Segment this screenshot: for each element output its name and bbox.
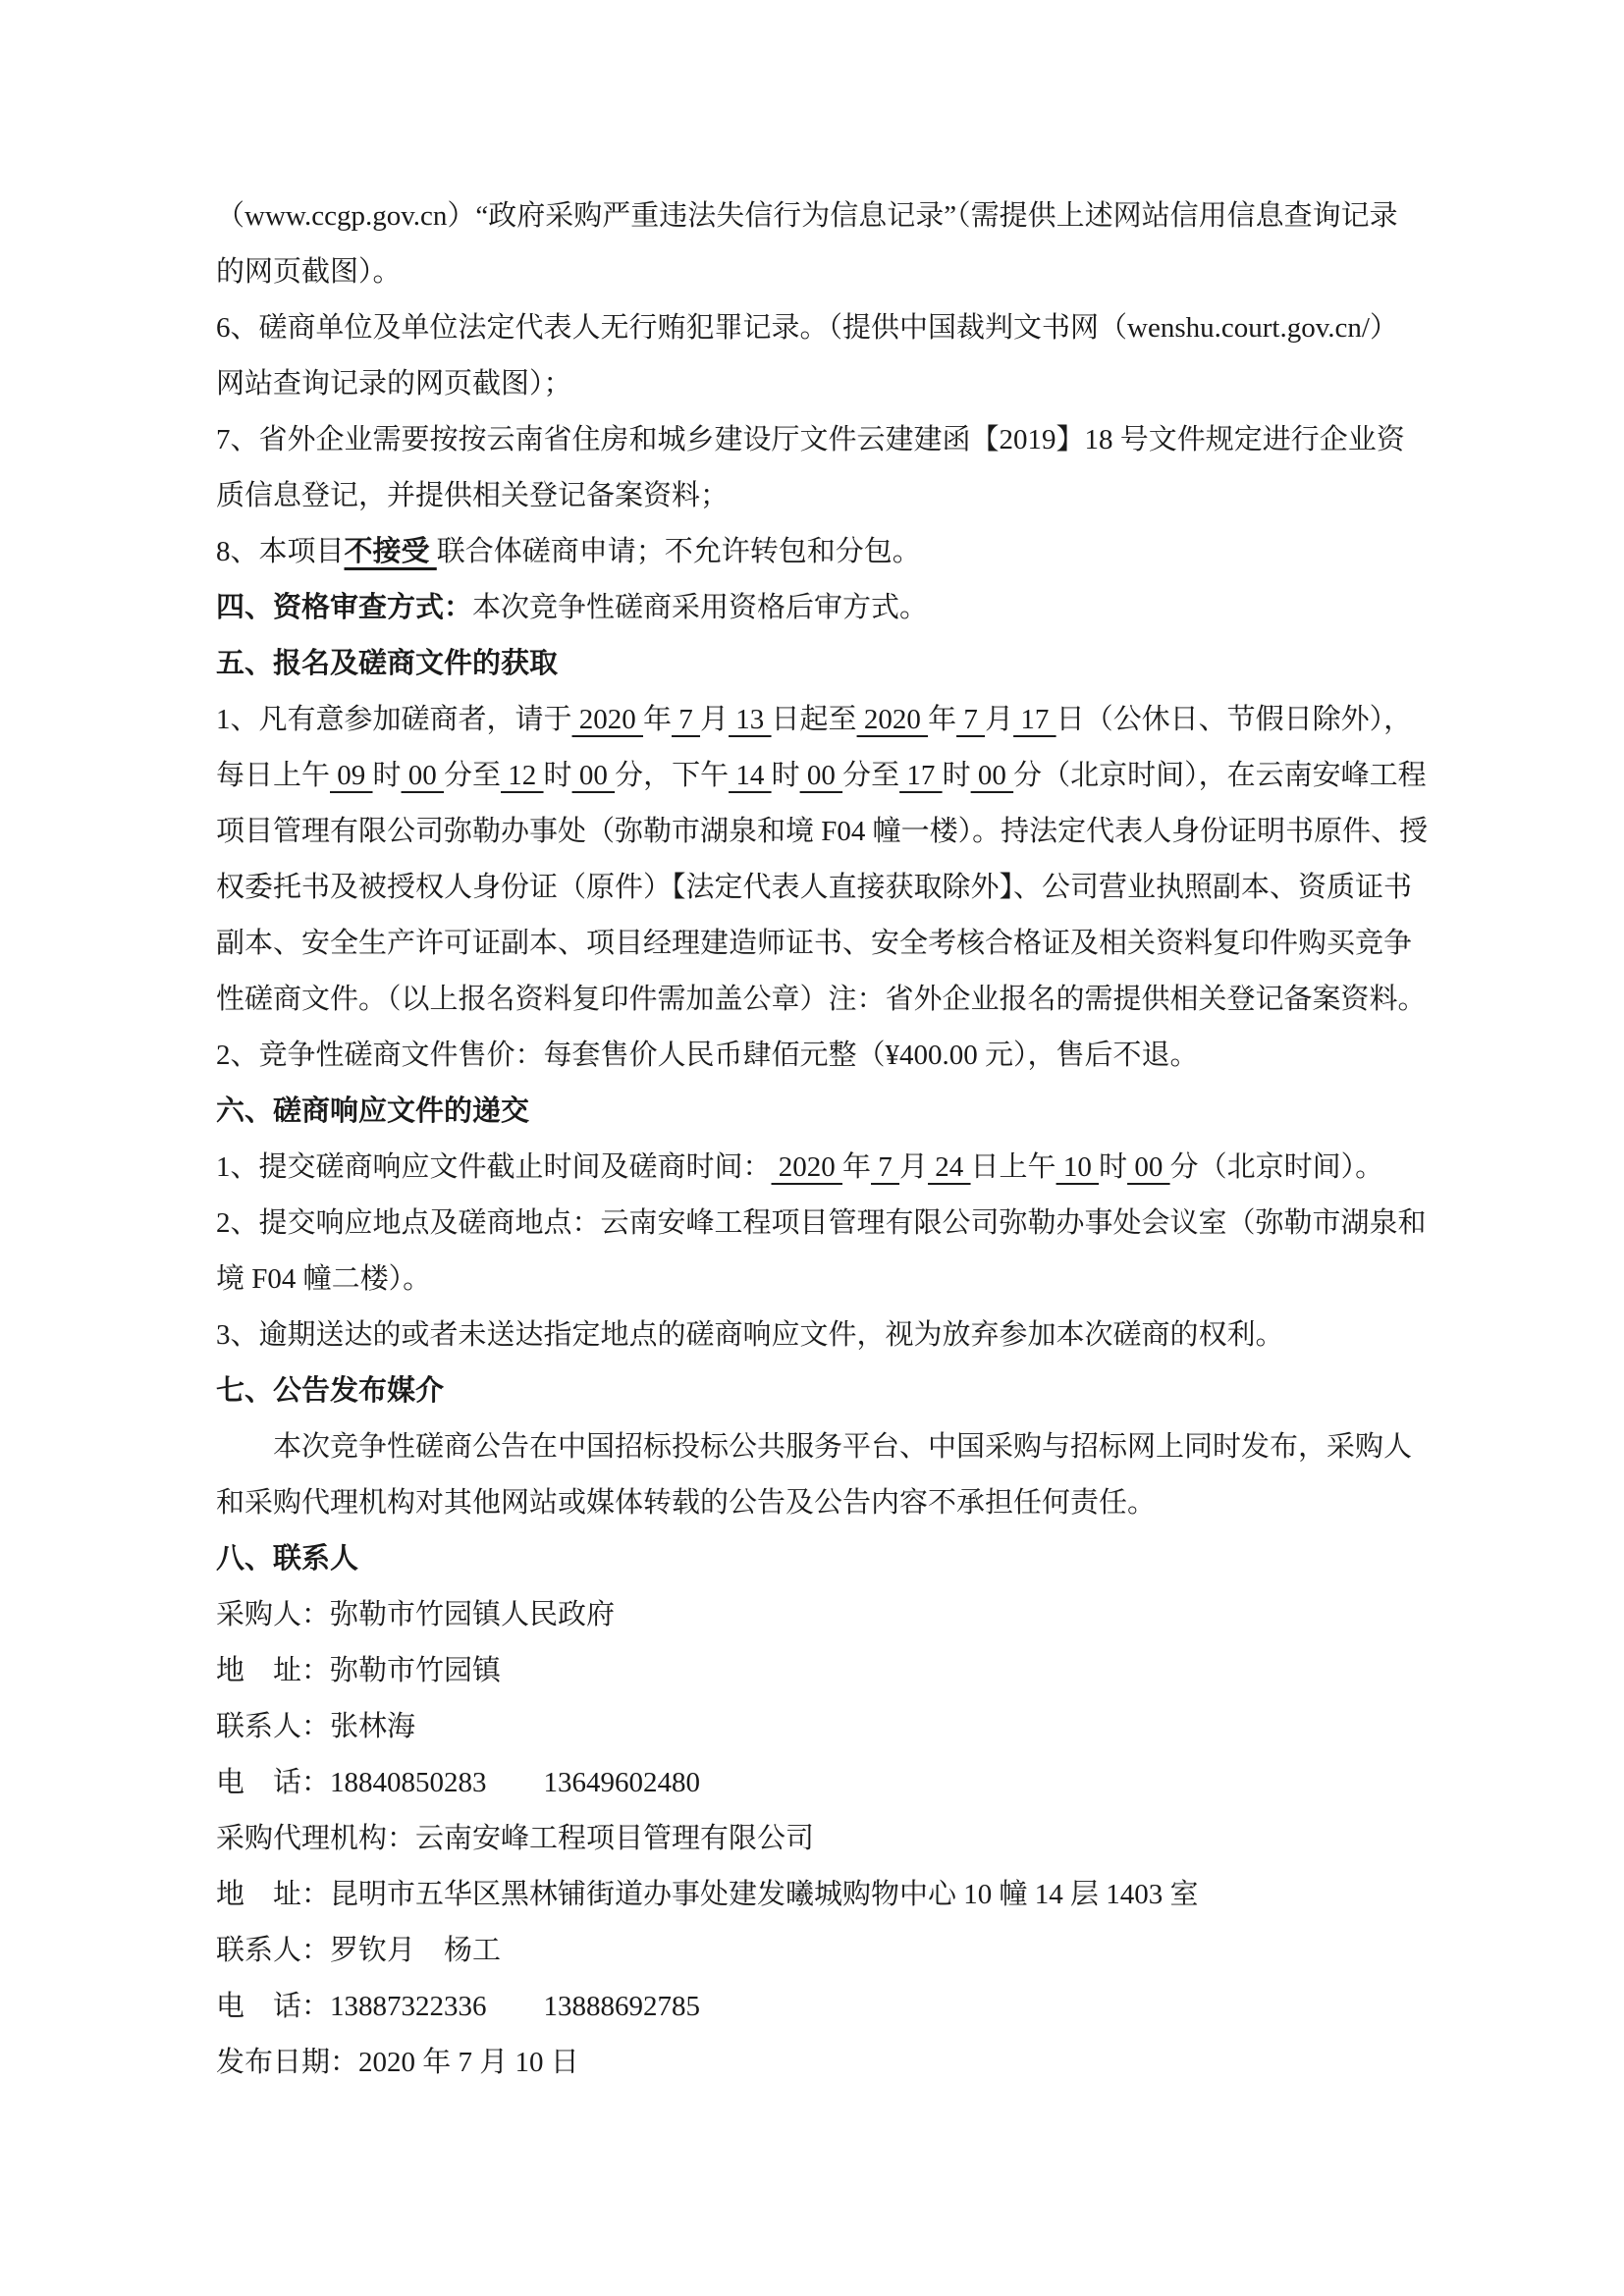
blank-pm-hour-start: 14 bbox=[729, 760, 772, 791]
text-run: 2、提交响应地点及磋商地点：云南安峰工程项目管理有限公司弥勒办事处会议室（弥勒市… bbox=[216, 1207, 1427, 1239]
text-run: 网站查询记录的网页截图）； bbox=[216, 368, 572, 400]
text-run: 和采购代理机构对其他网站或媒体转载的公告及公告内容不承担任何责任。 bbox=[216, 1487, 1156, 1519]
text-run: 1、提交磋商响应文件截止时间及磋商时间： bbox=[216, 1151, 772, 1183]
section-5-item-1-line-5: 副本、安全生产许可证副本、项目经理建造师证书、安全考核合格证及相关资料复印件购买… bbox=[216, 916, 1492, 972]
text-run: 性磋商文件。（以上报名资料复印件需加盖公章）注：省外企业报名的需提供相关登记备案… bbox=[216, 984, 1427, 1015]
document-body: （www.ccgp.gov.cn）“政府采购严重违法失信行为信息记录”（需提供上… bbox=[216, 188, 1492, 2091]
publish-date: 发布日期：2020 年 7 月 10 日 bbox=[216, 2035, 1492, 2091]
document-page: （www.ccgp.gov.cn）“政府采购严重违法失信行为信息记录”（需提供上… bbox=[0, 0, 1624, 2296]
text-run: 日起至 bbox=[772, 704, 857, 735]
blank-month-start: 7 bbox=[672, 704, 700, 735]
text-run: 联系人：张林海 bbox=[216, 1711, 415, 1742]
text-run: 境 F04 幢二楼）。 bbox=[216, 1263, 431, 1295]
blank-am-hour-start: 09 bbox=[330, 760, 373, 791]
blank-year-start: 2020 bbox=[572, 704, 644, 735]
section-6-item-1: 1、提交磋商响应文件截止时间及磋商时间： 2020 年 7 月 24 日上午 1… bbox=[216, 1140, 1492, 1196]
text-run: 本次竞争性磋商公告在中国招标投标公共服务平台、中国采购与招标网上同时发布，采购人 bbox=[216, 1431, 1412, 1463]
text-run: 联系人：罗钦月 杨工 bbox=[216, 1935, 501, 1966]
text-run: 时 bbox=[373, 760, 402, 791]
text-run: 2、竞争性磋商文件售价：每套售价人民币肆佰元整（¥400.00 元），售后不退。 bbox=[216, 1040, 1199, 1071]
text-run: 3、逾期送达的或者未送达指定地点的磋商响应文件，视为放弃参加本次磋商的权利。 bbox=[216, 1319, 1284, 1351]
section-8-heading: 八、联系人 bbox=[216, 1531, 1492, 1587]
blank-year-end: 2020 bbox=[857, 704, 929, 735]
purchaser-name: 采购人：弥勒市竹园镇人民政府 bbox=[216, 1587, 1492, 1643]
text-run: 地 址：弥勒市竹园镇 bbox=[216, 1655, 501, 1686]
text-run: 本次竞争性磋商采用资格后审方式。 bbox=[472, 592, 928, 623]
blank-deadline-day: 24 bbox=[928, 1151, 971, 1183]
text-run: 时 bbox=[544, 760, 572, 791]
section-5-item-1-line-6: 性磋商文件。（以上报名资料复印件需加盖公章）注：省外企业报名的需提供相关登记备案… bbox=[216, 972, 1492, 1028]
text-run: 电 话：13887322336 13888692785 bbox=[216, 1991, 700, 2022]
section-5-item-1-line-4: 权委托书及被授权人身份证（原件）【法定代表人直接获取除外】、公司营业执照副本、资… bbox=[216, 860, 1492, 916]
section-8-title: 八、联系人 bbox=[216, 1543, 358, 1575]
item-credit-record-line-2: 的网页截图）。 bbox=[216, 244, 1492, 300]
text-run: 时 bbox=[772, 760, 800, 791]
blank-month-end: 7 bbox=[956, 704, 985, 735]
text-run: 电 话：18840850283 13649602480 bbox=[216, 1767, 700, 1798]
purchaser-phone: 电 话：18840850283 13649602480 bbox=[216, 1755, 1492, 1811]
blank-pm-hour-end: 17 bbox=[899, 760, 943, 791]
text-run: 采购人：弥勒市竹园镇人民政府 bbox=[216, 1599, 615, 1630]
no-consortium-emphasis: 不接受 bbox=[345, 536, 437, 567]
section-6-item-2-line-1: 2、提交响应地点及磋商地点：云南安峰工程项目管理有限公司弥勒办事处会议室（弥勒市… bbox=[216, 1196, 1492, 1252]
section-7-para-line-2: 和采购代理机构对其他网站或媒体转载的公告及公告内容不承担任何责任。 bbox=[216, 1475, 1492, 1531]
section-6-heading: 六、磋商响应文件的递交 bbox=[216, 1084, 1492, 1140]
text-run: 年 bbox=[842, 1151, 871, 1183]
section-5-item-1-line-1: 1、凡有意参加磋商者，请于 2020 年 7 月 13 日起至 2020 年 7… bbox=[216, 692, 1492, 748]
purchaser-contact: 联系人：张林海 bbox=[216, 1699, 1492, 1755]
text-run: 分至 bbox=[444, 760, 501, 791]
item-7-line-2: 质信息登记，并提供相关登记备案资料； bbox=[216, 468, 1492, 524]
blank-day-end: 17 bbox=[1013, 704, 1056, 735]
blank-pm-min-end: 00 bbox=[971, 760, 1014, 791]
text-run: 分至 bbox=[842, 760, 899, 791]
blank-day-start: 13 bbox=[729, 704, 772, 735]
text-run: 7、省外企业需要按按云南省住房和城乡建设厅文件云建建函【2019】18 号文件规… bbox=[216, 424, 1405, 455]
text-run: 日（公休日、节假日除外）， bbox=[1056, 704, 1413, 735]
item-6-line-1: 6、磋商单位及单位法定代表人无行贿犯罪记录。（提供中国裁判文书网（wenshu.… bbox=[216, 300, 1492, 356]
text-run: 分（北京时间）。 bbox=[1170, 1151, 1384, 1183]
section-6-item-3: 3、逾期送达的或者未送达指定地点的磋商响应文件，视为放弃参加本次磋商的权利。 bbox=[216, 1308, 1492, 1363]
agency-name: 采购代理机构：云南安峰工程项目管理有限公司 bbox=[216, 1811, 1492, 1867]
text-run: 权委托书及被授权人身份证（原件）【法定代表人直接获取除外】、公司营业执照副本、资… bbox=[216, 872, 1412, 903]
text-run: （www.ccgp.gov.cn）“政府采购严重违法失信行为信息记录”（需提供上… bbox=[216, 200, 1398, 232]
blank-deadline-min: 00 bbox=[1127, 1151, 1170, 1183]
blank-am-min-start: 00 bbox=[402, 760, 445, 791]
text-run: 联合体磋商申请；不允许转包和分包。 bbox=[437, 536, 921, 567]
agency-address: 地 址：昆明市五华区黑林铺街道办事处建发曦城购物中心 10 幢 14 层 140… bbox=[216, 1867, 1492, 1923]
text-run: 月 bbox=[700, 704, 729, 735]
blank-am-min-end: 00 bbox=[572, 760, 616, 791]
text-run: 项目管理有限公司弥勒办事处（弥勒市湖泉和境 F04 幢一楼）。持法定代表人身份证… bbox=[216, 816, 1428, 847]
text-run: 年 bbox=[643, 704, 672, 735]
text-run: 的网页截图）。 bbox=[216, 256, 402, 288]
blank-deadline-month: 7 bbox=[871, 1151, 899, 1183]
text-run: 时 bbox=[943, 760, 971, 791]
section-6-title: 六、磋商响应文件的递交 bbox=[216, 1095, 529, 1127]
section-7-title: 七、公告发布媒介 bbox=[216, 1375, 444, 1407]
section-5-heading: 五、报名及磋商文件的获取 bbox=[216, 636, 1492, 692]
item-7-line-1: 7、省外企业需要按按云南省住房和城乡建设厅文件云建建函【2019】18 号文件规… bbox=[216, 412, 1492, 468]
item-6-line-2: 网站查询记录的网页截图）； bbox=[216, 356, 1492, 412]
text-run: 采购代理机构：云南安峰工程项目管理有限公司 bbox=[216, 1823, 814, 1854]
purchaser-address: 地 址：弥勒市竹园镇 bbox=[216, 1643, 1492, 1699]
blank-am-hour-end: 12 bbox=[501, 760, 544, 791]
text-run: 分（北京时间），在云南安峰工程 bbox=[1013, 760, 1427, 791]
blank-deadline-hour: 10 bbox=[1056, 1151, 1100, 1183]
section-4-heading-line: 四、资格审查方式：本次竞争性磋商采用资格后审方式。 bbox=[216, 580, 1492, 636]
blank-deadline-year: 2020 bbox=[772, 1151, 843, 1183]
text-run: 月 bbox=[985, 704, 1013, 735]
text-run: 地 址：昆明市五华区黑林铺街道办事处建发曦城购物中心 10 幢 14 层 140… bbox=[216, 1879, 1199, 1910]
text-run: 时 bbox=[1099, 1151, 1127, 1183]
agency-contact: 联系人：罗钦月 杨工 bbox=[216, 1923, 1492, 1979]
text-run: 分，下午 bbox=[615, 760, 729, 791]
text-run: 6、磋商单位及单位法定代表人无行贿犯罪记录。（提供中国裁判文书网（wenshu.… bbox=[216, 312, 1398, 344]
text-run: 月 bbox=[899, 1151, 928, 1183]
section-5-item-1-line-3: 项目管理有限公司弥勒办事处（弥勒市湖泉和境 F04 幢一楼）。持法定代表人身份证… bbox=[216, 804, 1492, 860]
item-8: 8、本项目不接受 联合体磋商申请；不允许转包和分包。 bbox=[216, 524, 1492, 580]
section-4-title: 四、资格审查方式： bbox=[216, 592, 472, 623]
section-5-item-2: 2、竞争性磋商文件售价：每套售价人民币肆佰元整（¥400.00 元），售后不退。 bbox=[216, 1028, 1492, 1084]
text-run: 发布日期：2020 年 7 月 10 日 bbox=[216, 2047, 579, 2078]
blank-pm-min-start: 00 bbox=[800, 760, 843, 791]
text-run: 质信息登记，并提供相关登记备案资料； bbox=[216, 480, 729, 511]
section-5-item-1-line-2: 每日上午 09 时 00 分至 12 时 00 分，下午 14 时 00 分至 … bbox=[216, 748, 1492, 804]
agency-phone: 电 话：13887322336 13888692785 bbox=[216, 1979, 1492, 2035]
item-credit-record-line-1: （www.ccgp.gov.cn）“政府采购严重违法失信行为信息记录”（需提供上… bbox=[216, 188, 1492, 244]
section-5-title: 五、报名及磋商文件的获取 bbox=[216, 648, 558, 679]
section-7-para-line-1: 本次竞争性磋商公告在中国招标投标公共服务平台、中国采购与招标网上同时发布，采购人 bbox=[216, 1419, 1492, 1475]
text-run: 日上午 bbox=[971, 1151, 1056, 1183]
text-run: 副本、安全生产许可证副本、项目经理建造师证书、安全考核合格证及相关资料复印件购买… bbox=[216, 928, 1412, 959]
section-6-item-2-line-2: 境 F04 幢二楼）。 bbox=[216, 1252, 1492, 1308]
section-7-heading: 七、公告发布媒介 bbox=[216, 1363, 1492, 1419]
text-run: 年 bbox=[928, 704, 956, 735]
text-run: 1、凡有意参加磋商者，请于 bbox=[216, 704, 572, 735]
text-run: 8、本项目 bbox=[216, 536, 345, 567]
text-run: 每日上午 bbox=[216, 760, 330, 791]
